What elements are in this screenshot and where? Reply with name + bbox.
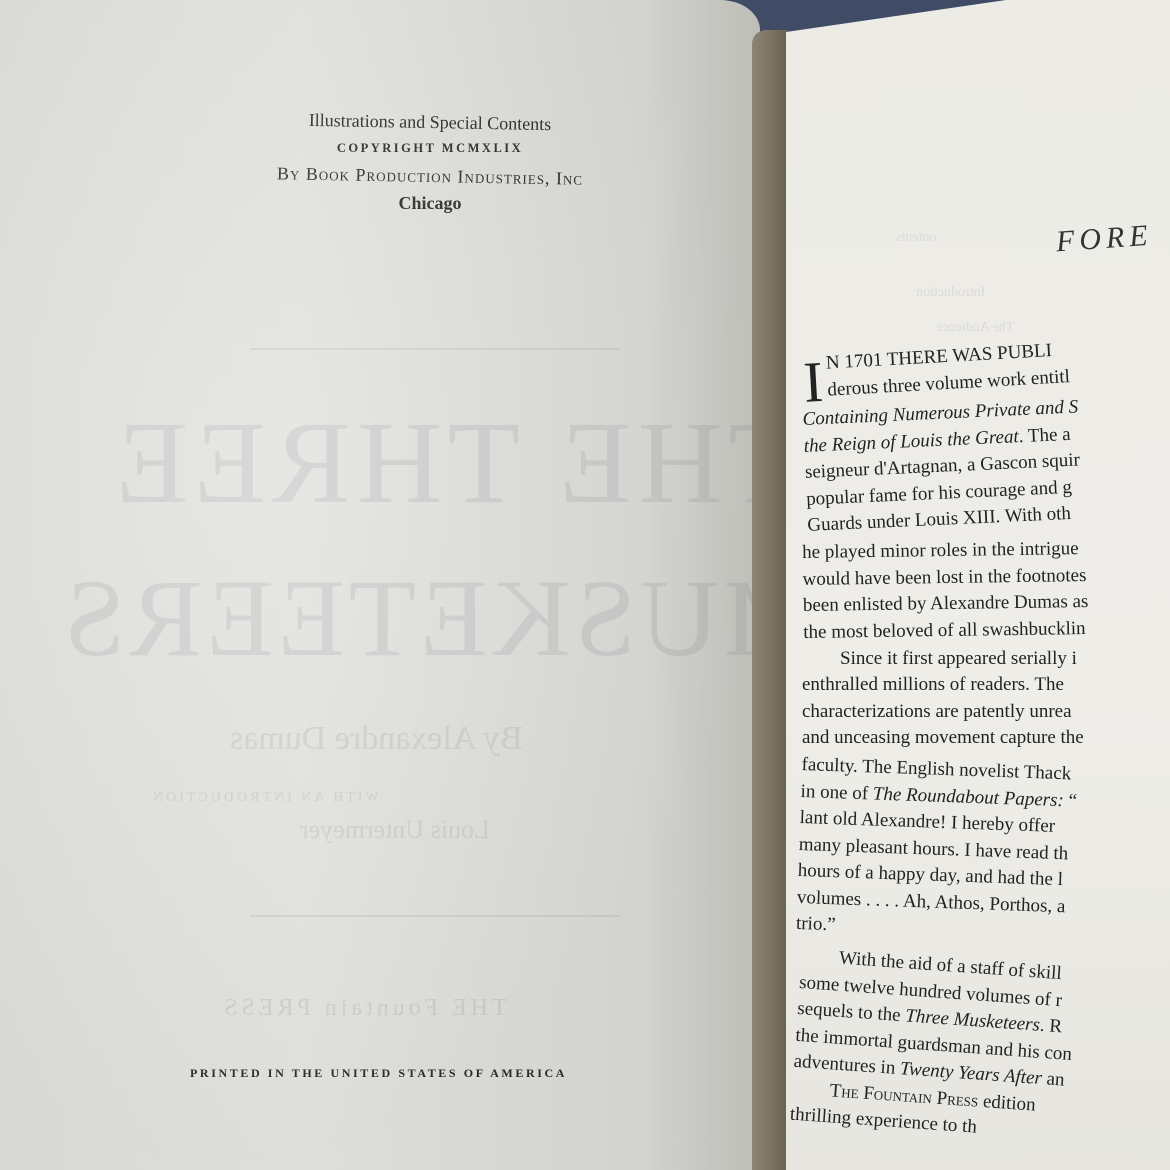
paragraph-1-cont: Containing Numerous Private and S the Re… [802, 386, 1170, 539]
show-through-title-line2: MUSKETEERS [60, 555, 760, 682]
imprint-city: Chicago [230, 193, 630, 214]
italic-text: The Roundabout Papers: [873, 783, 1065, 811]
foreword-body: I N 1701 THERE WAS PUBLI derous three vo… [802, 352, 1170, 1129]
text-line: and unceasing movement capture the [802, 725, 1170, 752]
show-through-text: ontents [896, 230, 936, 246]
text-fragment: . The a [1018, 423, 1071, 446]
text-line: characterizations are patently unrea [802, 699, 1170, 726]
imprint-copyright: COPYRIGHT MCMXLIX [230, 141, 630, 156]
text-fragment: . R [1039, 1015, 1063, 1037]
imprint-block: Illustrations and Special Contents COPYR… [230, 112, 630, 214]
show-through-intro-author: Louis Untermeyer [300, 815, 490, 845]
printed-in-usa: PRINTED IN THE UNITED STATES OF AMERICA [190, 1066, 567, 1081]
text-fragment: adventures in [793, 1051, 901, 1079]
show-through-title-line1: THE THREE [110, 395, 760, 531]
text-fragment: in one of [800, 780, 873, 804]
paragraph-1-end: he played minor roles in the intrigue wo… [802, 533, 1170, 645]
text-fragment: “ [1063, 789, 1077, 810]
text-line: enthralled millions of readers. The [802, 672, 1170, 699]
paragraph-2-cont: faculty. The English novelist Thack in o… [796, 752, 1170, 953]
imprint-illustrations: Illustrations and Special Contents [230, 109, 630, 137]
text-fragment: sequels to the [797, 998, 906, 1026]
paragraph-2: Since it first appeared serially i enthr… [802, 646, 1170, 752]
book-gutter [752, 30, 788, 1170]
left-page-copyright: THE THREE MUSKETEERS By Alexandre Dumas … [0, 0, 760, 1170]
right-page-foreword: ontents Introduction The Audience FORE I… [786, 0, 1170, 1170]
show-through-author: By Alexandre Dumas [230, 720, 523, 758]
show-through-text: Introduction [916, 285, 985, 301]
dropcap: I [802, 359, 824, 406]
text-line: Since it first appeared serially i [802, 646, 1170, 673]
chapter-title: FORE [1055, 219, 1154, 260]
show-through-text: The Audience [936, 320, 1014, 336]
text-fragment: an [1041, 1068, 1065, 1091]
text-fragment: edition [978, 1090, 1037, 1115]
imprint-publisher: By Book Production Industries, Inc [230, 163, 630, 191]
show-through-rule [250, 348, 620, 350]
paragraph-3: With the aid of a staff of skill some tw… [789, 943, 1170, 1160]
show-through-rule [250, 915, 620, 917]
show-through-intro-label: WITH AN INTRODUCTION [150, 790, 379, 806]
text-line: he played minor roles in the intrigue [802, 533, 1170, 566]
show-through-publisher: THE Fountain PRESS [220, 995, 507, 1022]
